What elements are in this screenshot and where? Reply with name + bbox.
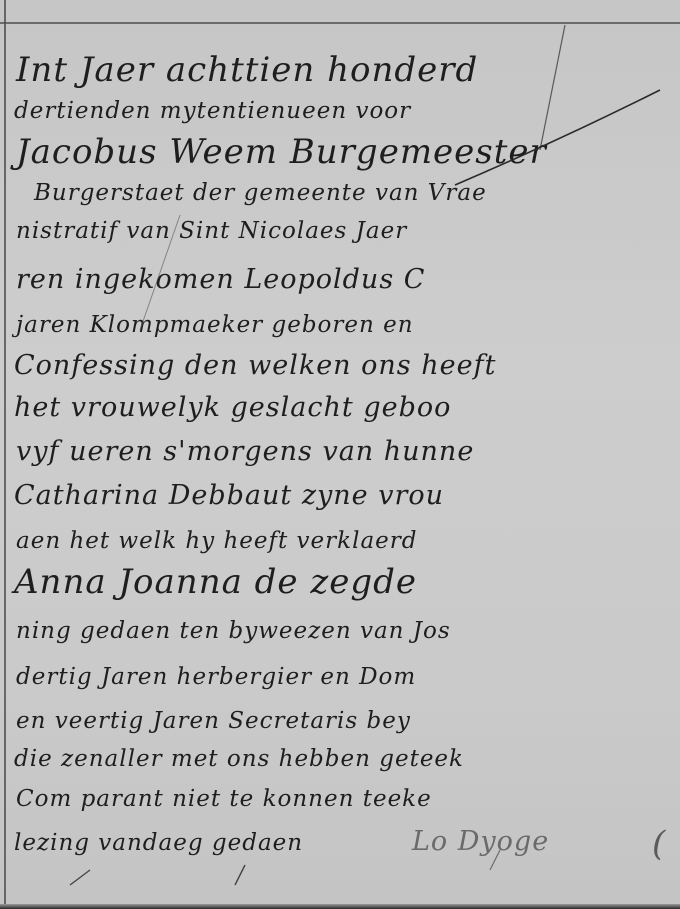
closing-bracket: ( xyxy=(652,824,666,864)
signature: Lo Dyoge xyxy=(412,826,549,857)
text-line-8: Confessing den welken ons heeft xyxy=(14,350,496,381)
text-line-4: Burgerstaet der gemeente van Vrae xyxy=(34,180,487,206)
text-line-16: en veertig Jaren Secretaris bey xyxy=(16,708,411,734)
text-line-15: dertig Jaren herbergier en Dom xyxy=(16,664,416,690)
text-line-12: aen het welk hy heeft verklaerd xyxy=(16,528,417,554)
text-line-14: ning gedaen ten byweezen van Jos xyxy=(16,618,451,644)
left-margin-line xyxy=(4,0,6,909)
text-line-3: Jacobus Weem Burgemeester xyxy=(16,132,547,172)
text-line-2: dertienden mytentienueen voor xyxy=(14,98,411,124)
text-line-1: Int Jaer achttien honderd xyxy=(16,50,478,90)
top-ruled-line xyxy=(0,22,680,24)
text-line-9: het vrouwelyk geslacht geboo xyxy=(14,392,451,423)
text-line-17: die zenaller met ons hebben geteek xyxy=(14,746,464,772)
text-line-19: lezing vandaeg gedaen xyxy=(14,830,303,856)
text-line-11: Catharina Debbaut zyne vrou xyxy=(14,480,444,511)
text-line-13: Anna Joanna de zegde xyxy=(14,562,417,602)
text-line-5: nistratif van Sint Nicolaes Jaer xyxy=(16,218,407,244)
document-scan: Int Jaer achttien honderd dertienden myt… xyxy=(0,0,680,909)
text-line-6: ren ingekomen Leopoldus C xyxy=(16,264,425,295)
text-line-10: vyf ueren s'morgens van hunne xyxy=(16,436,474,467)
text-line-18: Com parant niet te konnen teeke xyxy=(16,786,432,812)
text-line-7: jaren Klompmaeker geboren en xyxy=(16,312,414,338)
page-bottom-edge xyxy=(0,904,680,909)
